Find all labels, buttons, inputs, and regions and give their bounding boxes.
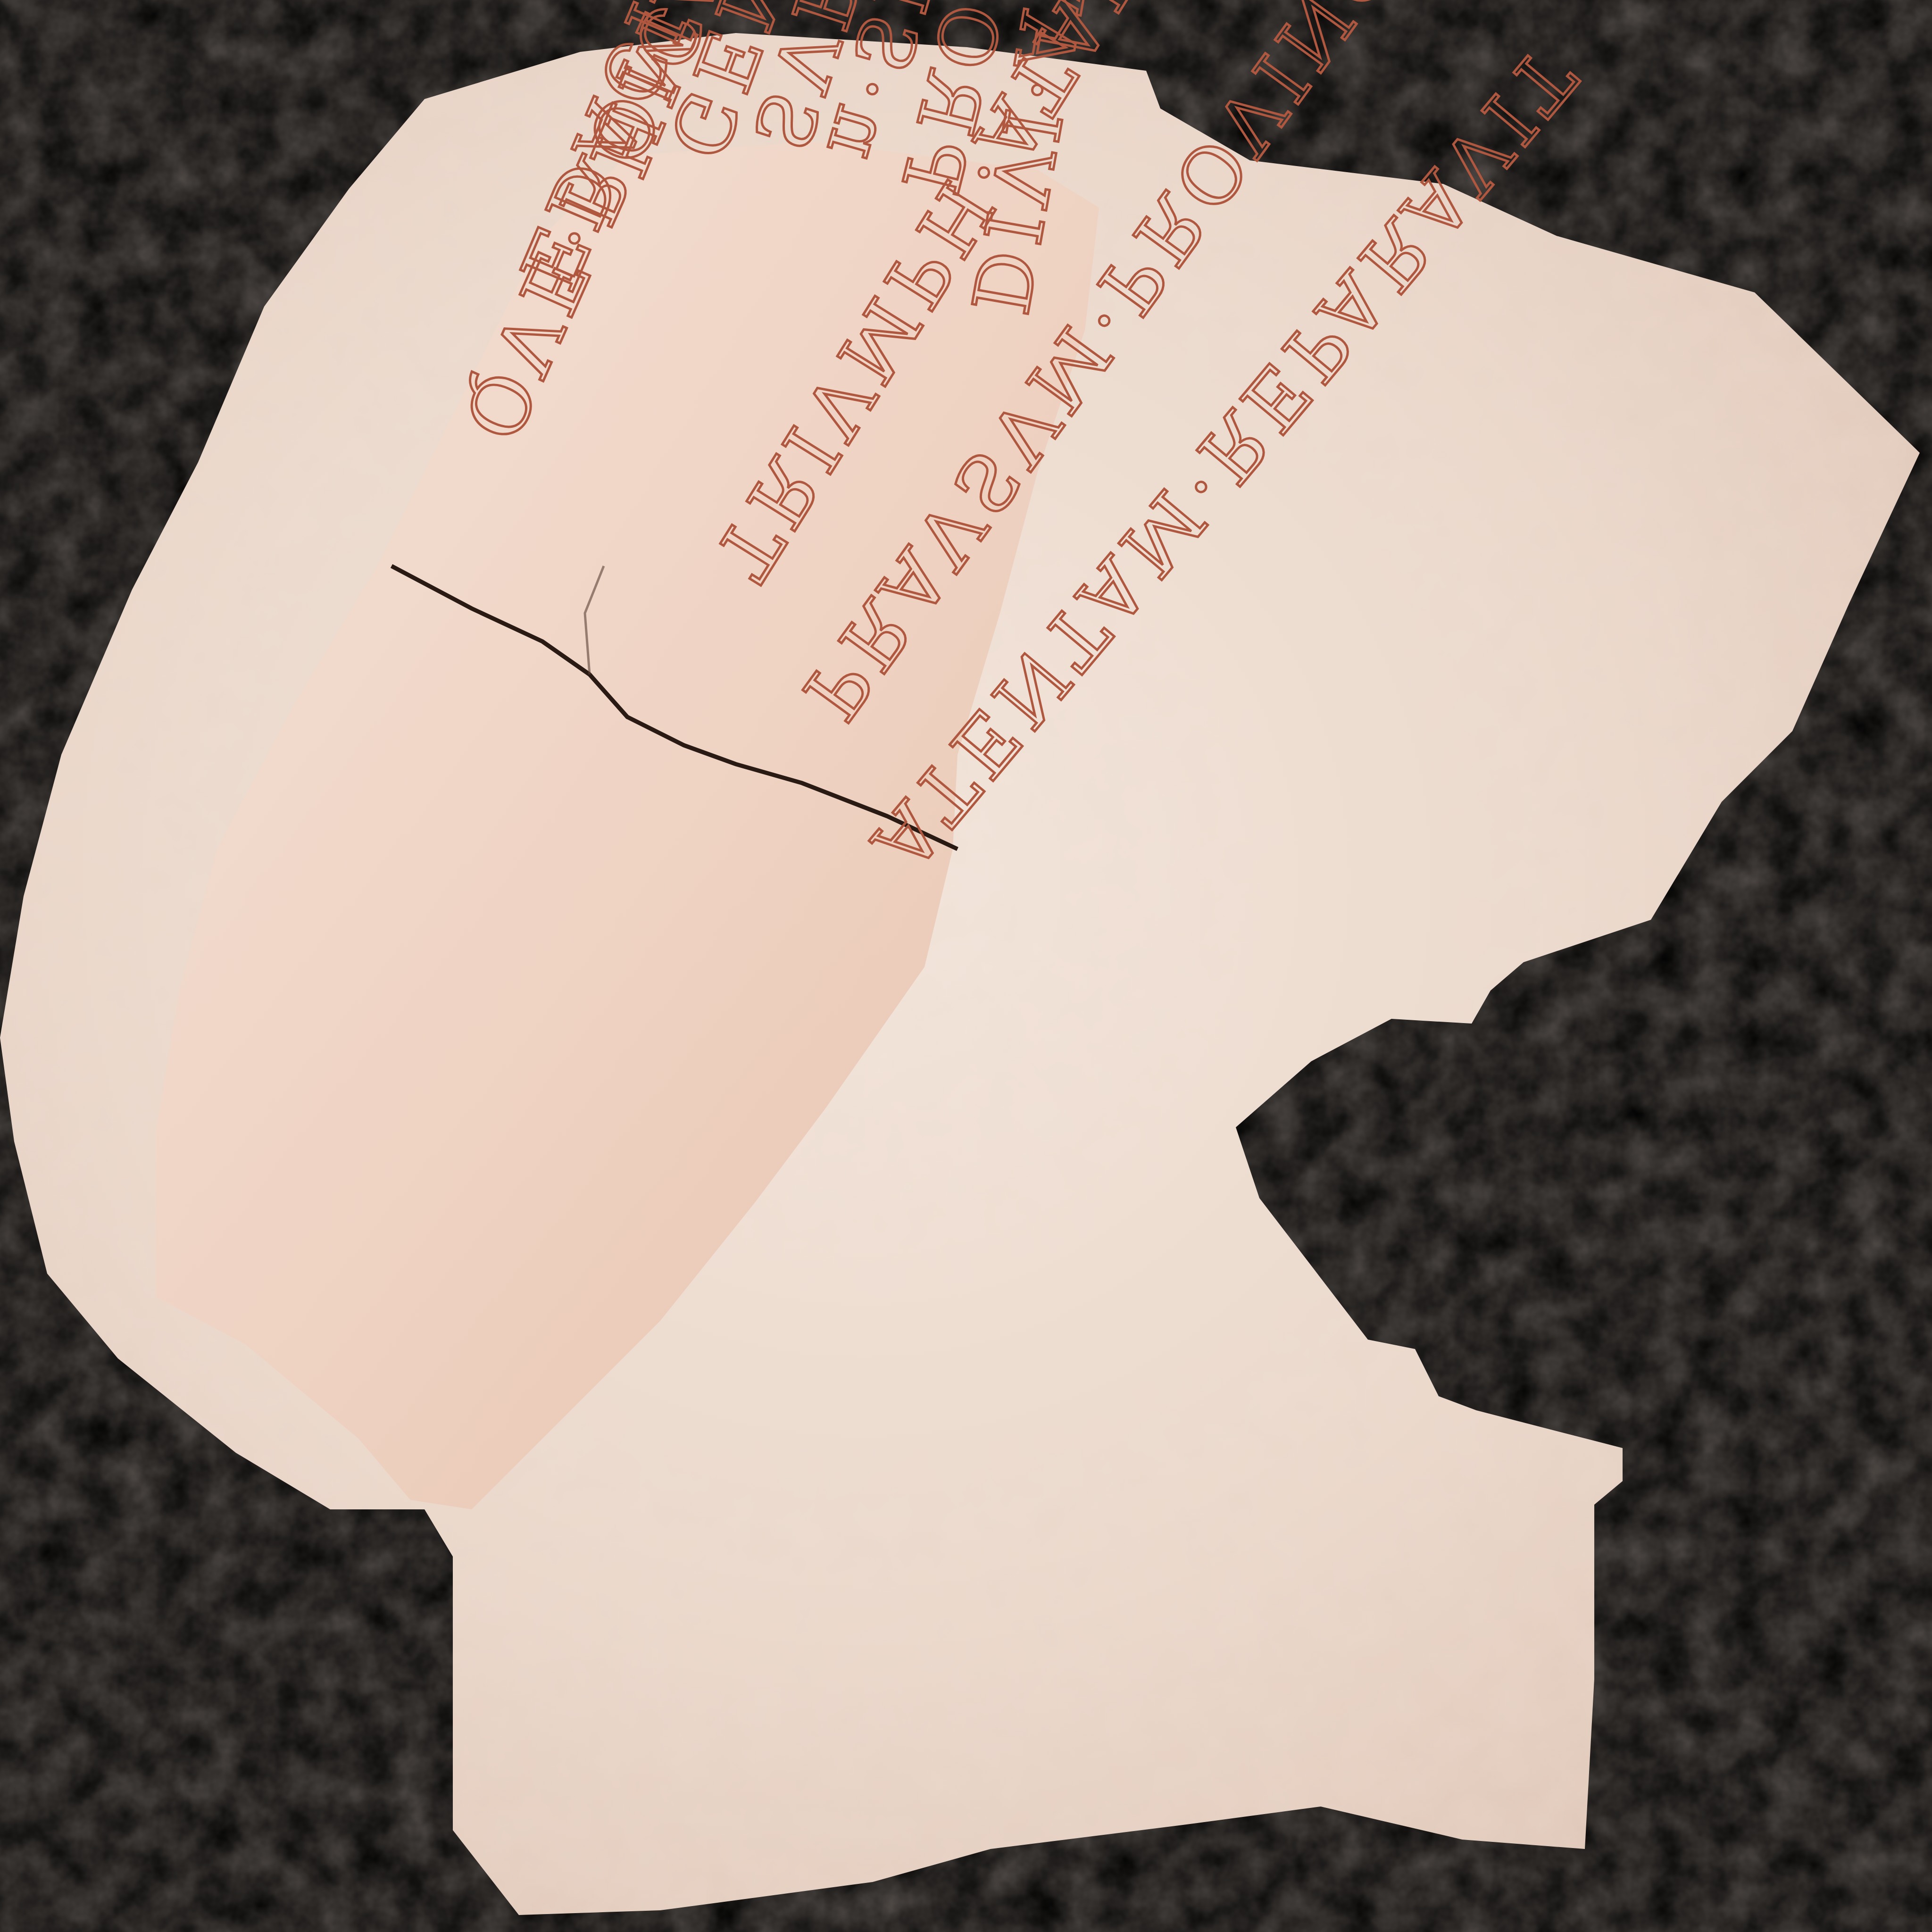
photo-frame: DIVI·AVGVSTI PRO·CONSVLATV·SVO·RAM n·SI·… <box>0 0 1932 1932</box>
marble-fragment <box>0 0 1932 1932</box>
